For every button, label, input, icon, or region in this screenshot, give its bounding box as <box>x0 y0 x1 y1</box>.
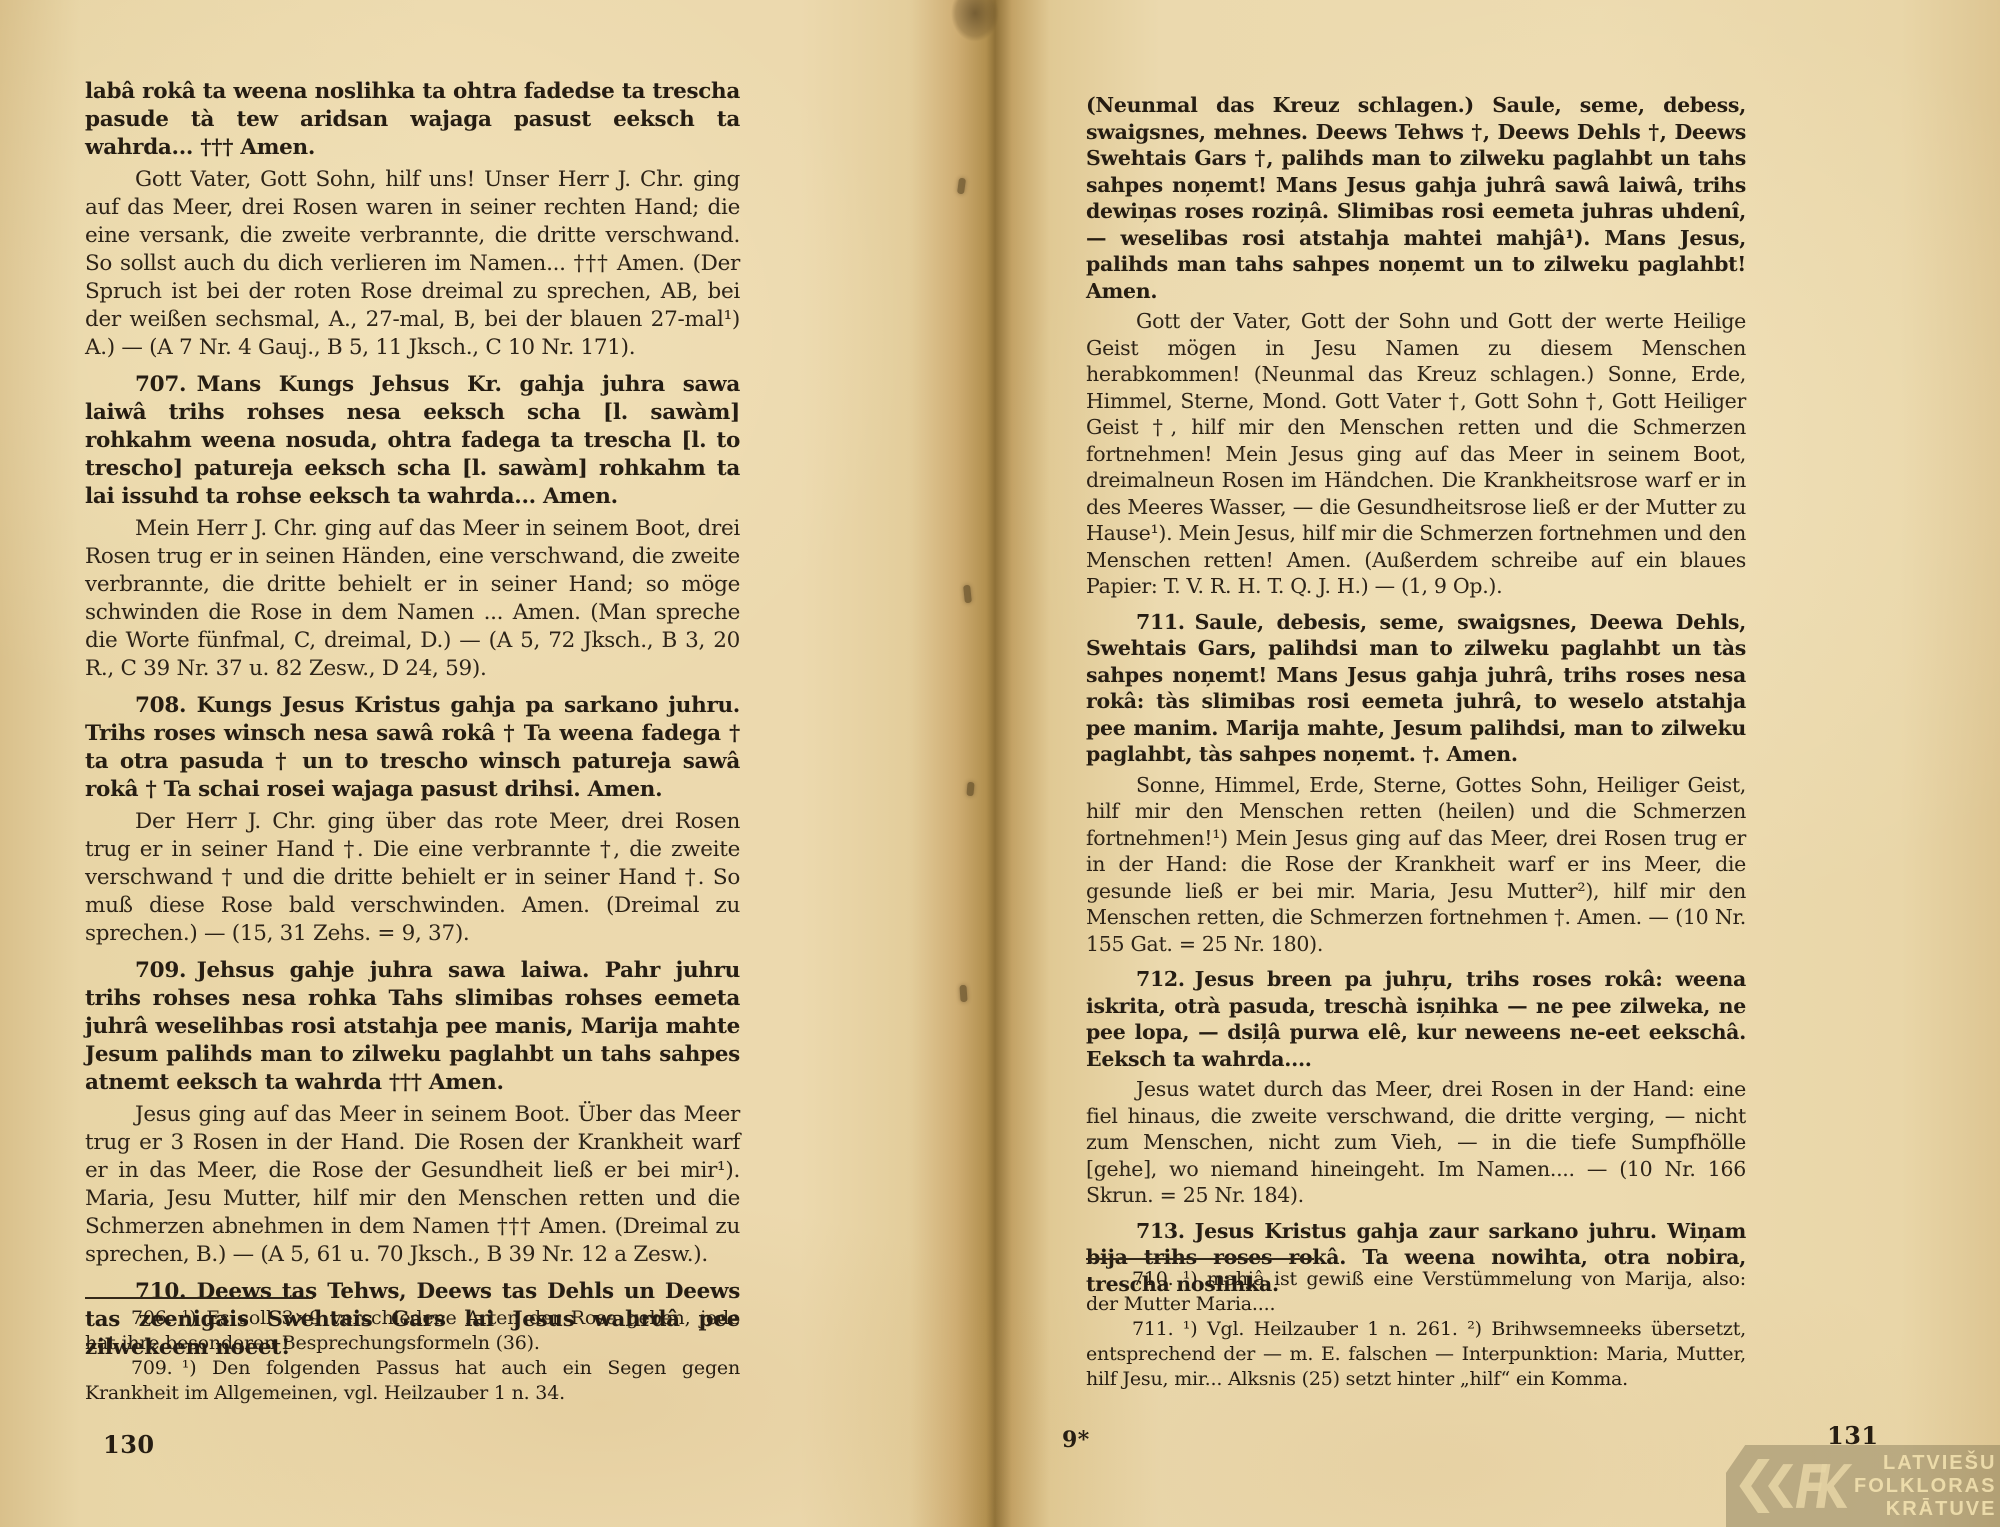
right-page-text-column: (Neunmal das Kreuz schlagen.) Saule, sem… <box>1086 92 1746 1297</box>
charm-709-latvian: 709. Jehsus gahje juhra sawa laiwa. Pahr… <box>85 957 740 1097</box>
charm-710-latvian-continuation: (Neunmal das Kreuz schlagen.) Saule, sem… <box>1086 92 1746 304</box>
page-number-left: 130 <box>103 1430 155 1459</box>
charm-711-german-translation: Sonne, Himmel, Erde, Sterne, Gottes Sohn… <box>1086 772 1746 958</box>
charm-706-latvian-continuation: labâ rokâ ta weena noslihka ta ohtra fad… <box>85 78 740 162</box>
signature-mark: 9* <box>1062 1427 1090 1453</box>
charm-710-german-translation: Gott der Vater, Gott der Sohn und Gott d… <box>1086 308 1746 600</box>
right-page-footnotes: 710. ¹) mahjâ ist gewiß eine Verstümmelu… <box>1086 1267 1746 1392</box>
watermark-text: LATVIEŠU FOLKLORAS KRĀTUVE <box>1854 1452 2000 1521</box>
watermark-line-2: FOLKLORAS <box>1854 1475 1996 1498</box>
charm-707-german-translation: Mein Herr J. Chr. ging auf das Meer in s… <box>85 515 740 683</box>
binding-stitch <box>963 585 972 604</box>
footnote-711: 711. ¹) Vgl. Heilzauber 1 n. 261. ²) Bri… <box>1086 1317 1746 1392</box>
lfk-logo-icon <box>1736 1454 1854 1518</box>
charm-708-latvian: 708. Kungs Jesus Kristus gahja pa sarkan… <box>85 692 740 804</box>
footnote-710: 710. ¹) mahjâ ist gewiß eine Verstümmelu… <box>1086 1267 1746 1317</box>
left-page-text-column: labâ rokâ ta weena noslihka ta ohtra fad… <box>85 78 740 1362</box>
charm-709-german-translation: Jesus ging auf das Meer in seinem Boot. … <box>85 1101 740 1269</box>
charm-706-german-translation: Gott Vater, Gott Sohn, hilf uns! Unser H… <box>85 166 740 362</box>
charm-712-latvian: 712. Jesus breen pa juhŗu, trihs roses r… <box>1086 966 1746 1072</box>
footnote-separator-rule <box>1086 1258 1314 1260</box>
watermark-line-1: LATVIEŠU <box>1854 1452 1996 1475</box>
footnote-706: 706. ¹) Es soll 3×9 verschiedene Arten d… <box>85 1306 740 1356</box>
archive-watermark: LATVIEŠU FOLKLORAS KRĀTUVE <box>1726 1445 2000 1527</box>
binding-stitch <box>966 782 974 797</box>
charm-711-latvian: 711. Saule, debesis, seme, swaigsnes, De… <box>1086 609 1746 768</box>
footnote-709: 709. ¹) Den folgenden Passus hat auch ei… <box>85 1356 740 1406</box>
charm-707-latvian: 707. Mans Kungs Jehsus Kr. gahja juhra s… <box>85 371 740 511</box>
charm-708-german-translation: Der Herr J. Chr. ging über das rote Meer… <box>85 808 740 948</box>
spine-thread-notch <box>940 0 1010 60</box>
footnote-separator-rule <box>85 1297 313 1299</box>
charm-712-german-translation: Jesus watet durch das Meer, drei Rosen i… <box>1086 1076 1746 1209</box>
left-page-footnotes: 706. ¹) Es soll 3×9 verschiedene Arten d… <box>85 1306 740 1406</box>
binding-stitch <box>957 178 966 195</box>
binding-stitch <box>959 985 967 1002</box>
watermark-line-3: KRĀTUVE <box>1854 1498 1996 1521</box>
